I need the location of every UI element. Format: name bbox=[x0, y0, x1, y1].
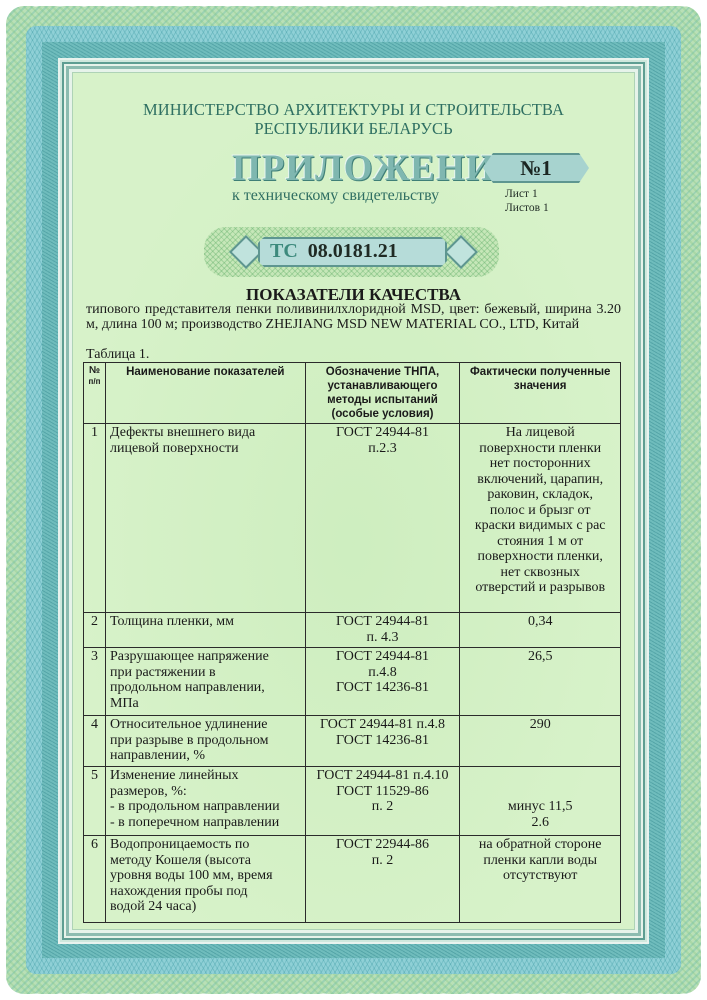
table-row: 3Разрушающее напряжениепри растяжении вп… bbox=[84, 648, 621, 716]
wavy-edge-top bbox=[0, 0, 707, 16]
cell-no: 6 bbox=[84, 836, 106, 923]
cell-name: Водопроницаемость пометоду Кошеля (высот… bbox=[105, 836, 305, 923]
header-name: Наименование показателей bbox=[105, 363, 305, 424]
cell-no: 1 bbox=[84, 424, 106, 613]
cell-no: 3 bbox=[84, 648, 106, 716]
cell-name: Разрушающее напряжениепри растяжении впр… bbox=[105, 648, 305, 716]
table-row: 4Относительное удлинениепри разрыве в пр… bbox=[84, 716, 621, 767]
certificate-number: ТС08.0181.21 bbox=[270, 240, 398, 263]
certificate-number-value: 08.0181.21 bbox=[308, 240, 398, 262]
appendix-number: №1 bbox=[520, 156, 552, 180]
cell-value: 0,34 bbox=[460, 613, 621, 648]
product-description: типового представителя пенки поливинилхл… bbox=[86, 302, 621, 332]
cell-value: минус 11,52.6 bbox=[460, 767, 621, 836]
cell-value: На лицевойповерхности пленкинет посторон… bbox=[460, 424, 621, 613]
cell-name: Толщина пленки, мм bbox=[105, 613, 305, 648]
document-subtitle: к техническому свидетельству bbox=[232, 187, 439, 205]
sheets-total: Листов 1 bbox=[505, 202, 549, 214]
table-row: 6Водопроницаемость пометоду Кошеля (высо… bbox=[84, 836, 621, 923]
cell-name: Относительное удлинениепри разрыве в про… bbox=[105, 716, 305, 767]
cell-method: ГОСТ 22944-86п. 2 bbox=[305, 836, 460, 923]
table-row: 1Дефекты внешнего видалицевой поверхност… bbox=[84, 424, 621, 613]
cell-value: 26,5 bbox=[460, 648, 621, 716]
cell-method: ГОСТ 24944-81 п.4.8ГОСТ 14236-81 bbox=[305, 716, 460, 767]
table-label: Таблица 1. bbox=[86, 347, 149, 363]
cell-value: 290 bbox=[460, 716, 621, 767]
table-row: 5Изменение линейныхразмеров, %:- в продо… bbox=[84, 767, 621, 836]
sheet-number: Лист 1 bbox=[505, 188, 538, 200]
cell-method: ГОСТ 24944-81 п.4.10ГОСТ 11529-86п. 2 bbox=[305, 767, 460, 836]
quality-table: №п/п Наименование показателей Обозначени… bbox=[83, 362, 621, 923]
cell-value: на обратной сторонепленки капли водыотсу… bbox=[460, 836, 621, 923]
ministry-name-line2: РЕСПУБЛИКИ БЕЛАРУСЬ bbox=[72, 119, 635, 139]
wavy-edge-bottom bbox=[0, 984, 707, 1000]
header-no-label: № bbox=[89, 365, 100, 376]
cell-method: ГОСТ 24944-81п.4.8ГОСТ 14236-81 bbox=[305, 648, 460, 716]
cell-no: 5 bbox=[84, 767, 106, 836]
cell-name: Изменение линейныхразмеров, %:- в продол… bbox=[105, 767, 305, 836]
appendix-number-badge: №1 bbox=[483, 153, 589, 183]
header-no-sub: п/п bbox=[88, 376, 101, 387]
header-value: Фактически полученные значения bbox=[460, 363, 621, 424]
table-row: 2Толщина пленки, ммГОСТ 24944-81п. 4.30,… bbox=[84, 613, 621, 648]
cell-no: 4 bbox=[84, 716, 106, 767]
header-method: Обозначение ТНПА, устанавливающего метод… bbox=[305, 363, 460, 424]
table-header-row: №п/п Наименование показателей Обозначени… bbox=[84, 363, 621, 424]
cell-no: 2 bbox=[84, 613, 106, 648]
wavy-edge-right bbox=[691, 0, 707, 1000]
wavy-edge-left bbox=[0, 0, 16, 1000]
ministry-name-line1: МИНИСТЕРСТВО АРХИТЕКТУРЫ И СТРОИТЕЛЬСТВА bbox=[72, 100, 635, 120]
certificate-prefix: ТС bbox=[270, 240, 298, 262]
cell-method: ГОСТ 24944-81п. 4.3 bbox=[305, 613, 460, 648]
document-title: ПРИЛОЖЕНИЕ bbox=[232, 147, 521, 190]
header-no: №п/п bbox=[84, 363, 106, 424]
cell-method: ГОСТ 24944-81п.2.3 bbox=[305, 424, 460, 613]
cell-name: Дефекты внешнего видалицевой поверхности bbox=[105, 424, 305, 613]
